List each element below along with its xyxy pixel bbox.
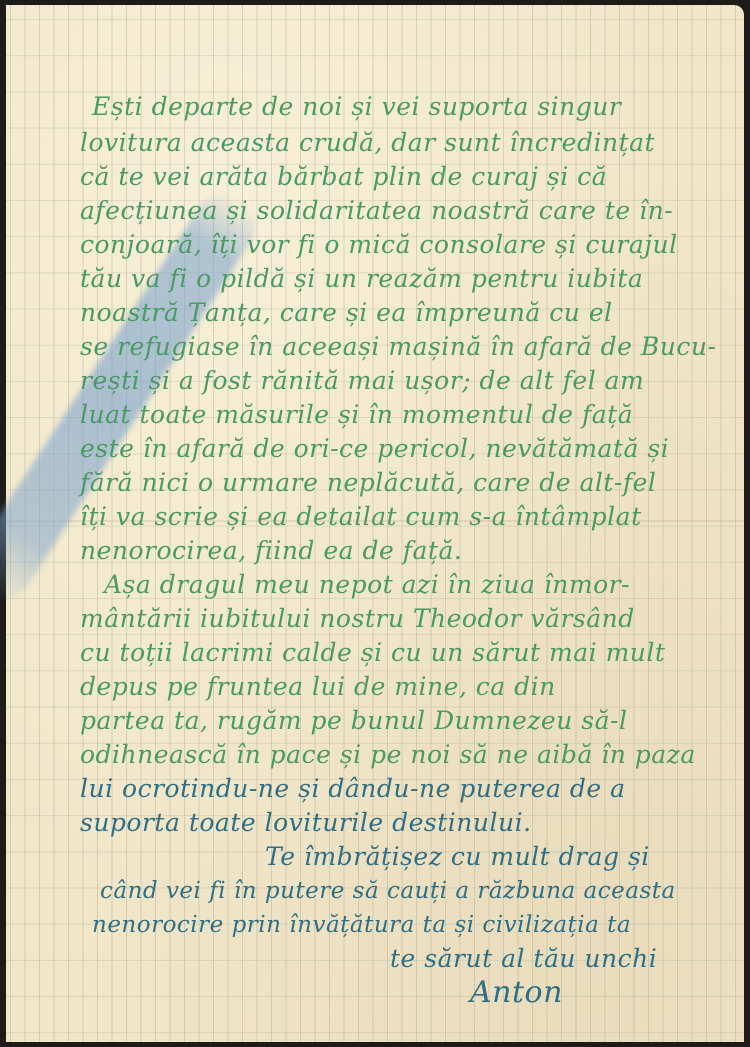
- letter-line: cu toții lacrimi calde și cu un sărut ma…: [80, 638, 665, 668]
- letter-line: afecțiunea și solidaritatea noastră care…: [80, 196, 673, 226]
- letter-line: odihnească în pace și pe noi să ne aibă …: [80, 740, 696, 770]
- letter-line: Te îmbrățișez cu mult drag și: [265, 842, 650, 872]
- letter-line: că te vei arăta bărbat plin de curaj și …: [80, 162, 607, 192]
- letter-line: luat toate măsurile și în momentul de fa…: [80, 400, 633, 430]
- letter-line: nenorocire prin învățătura ta și civiliz…: [92, 910, 631, 940]
- letter-line: nenorocirea, fiind ea de față.: [80, 536, 462, 566]
- letter-line: fără nici o urmare neplăcută, care de al…: [80, 468, 656, 498]
- letter-line: îți va scrie și ea detailat cum s-a întâ…: [80, 502, 642, 532]
- letter-line: suporta toate loviturile destinului.: [80, 808, 532, 838]
- closing-line: te sărut al tău unchi: [390, 944, 657, 974]
- letter-line: partea ta, rugăm pe bunul Dumnezeu să-l: [80, 706, 627, 736]
- letter-line: rești și a fost rănită mai ușor; de alt …: [80, 366, 644, 396]
- signature: Anton: [470, 978, 563, 1008]
- letter-line: conjoară, îți vor fi o mică consolare și…: [80, 230, 678, 260]
- letter-line: Așa dragul meu nepot azi în ziua înmor-: [104, 570, 630, 600]
- letter-line: lui ocrotindu-ne și dându-ne puterea de …: [80, 774, 626, 804]
- letter-line: tău va fi o pildă și un reazăm pentru iu…: [80, 264, 643, 294]
- letter-line: se refugiase în aceeași mașină în afară …: [80, 332, 716, 362]
- letter-line: noastră Țanța, care și ea împreună cu el: [80, 298, 613, 328]
- letter-line: este în afară de ori-ce pericol, nevătăm…: [80, 434, 669, 464]
- letter-line: când vei fi în putere să cauți a răzbuna…: [100, 876, 676, 906]
- letter-line: lovitura aceasta crudă, dar sunt încredi…: [80, 128, 655, 158]
- letter-line: mântării iubitului nostru Theodor vărsân…: [80, 604, 635, 634]
- letter-line: Ești departe de noi și vei suporta singu…: [92, 92, 621, 122]
- letter-line: depus pe fruntea lui de mine, ca din: [80, 672, 556, 702]
